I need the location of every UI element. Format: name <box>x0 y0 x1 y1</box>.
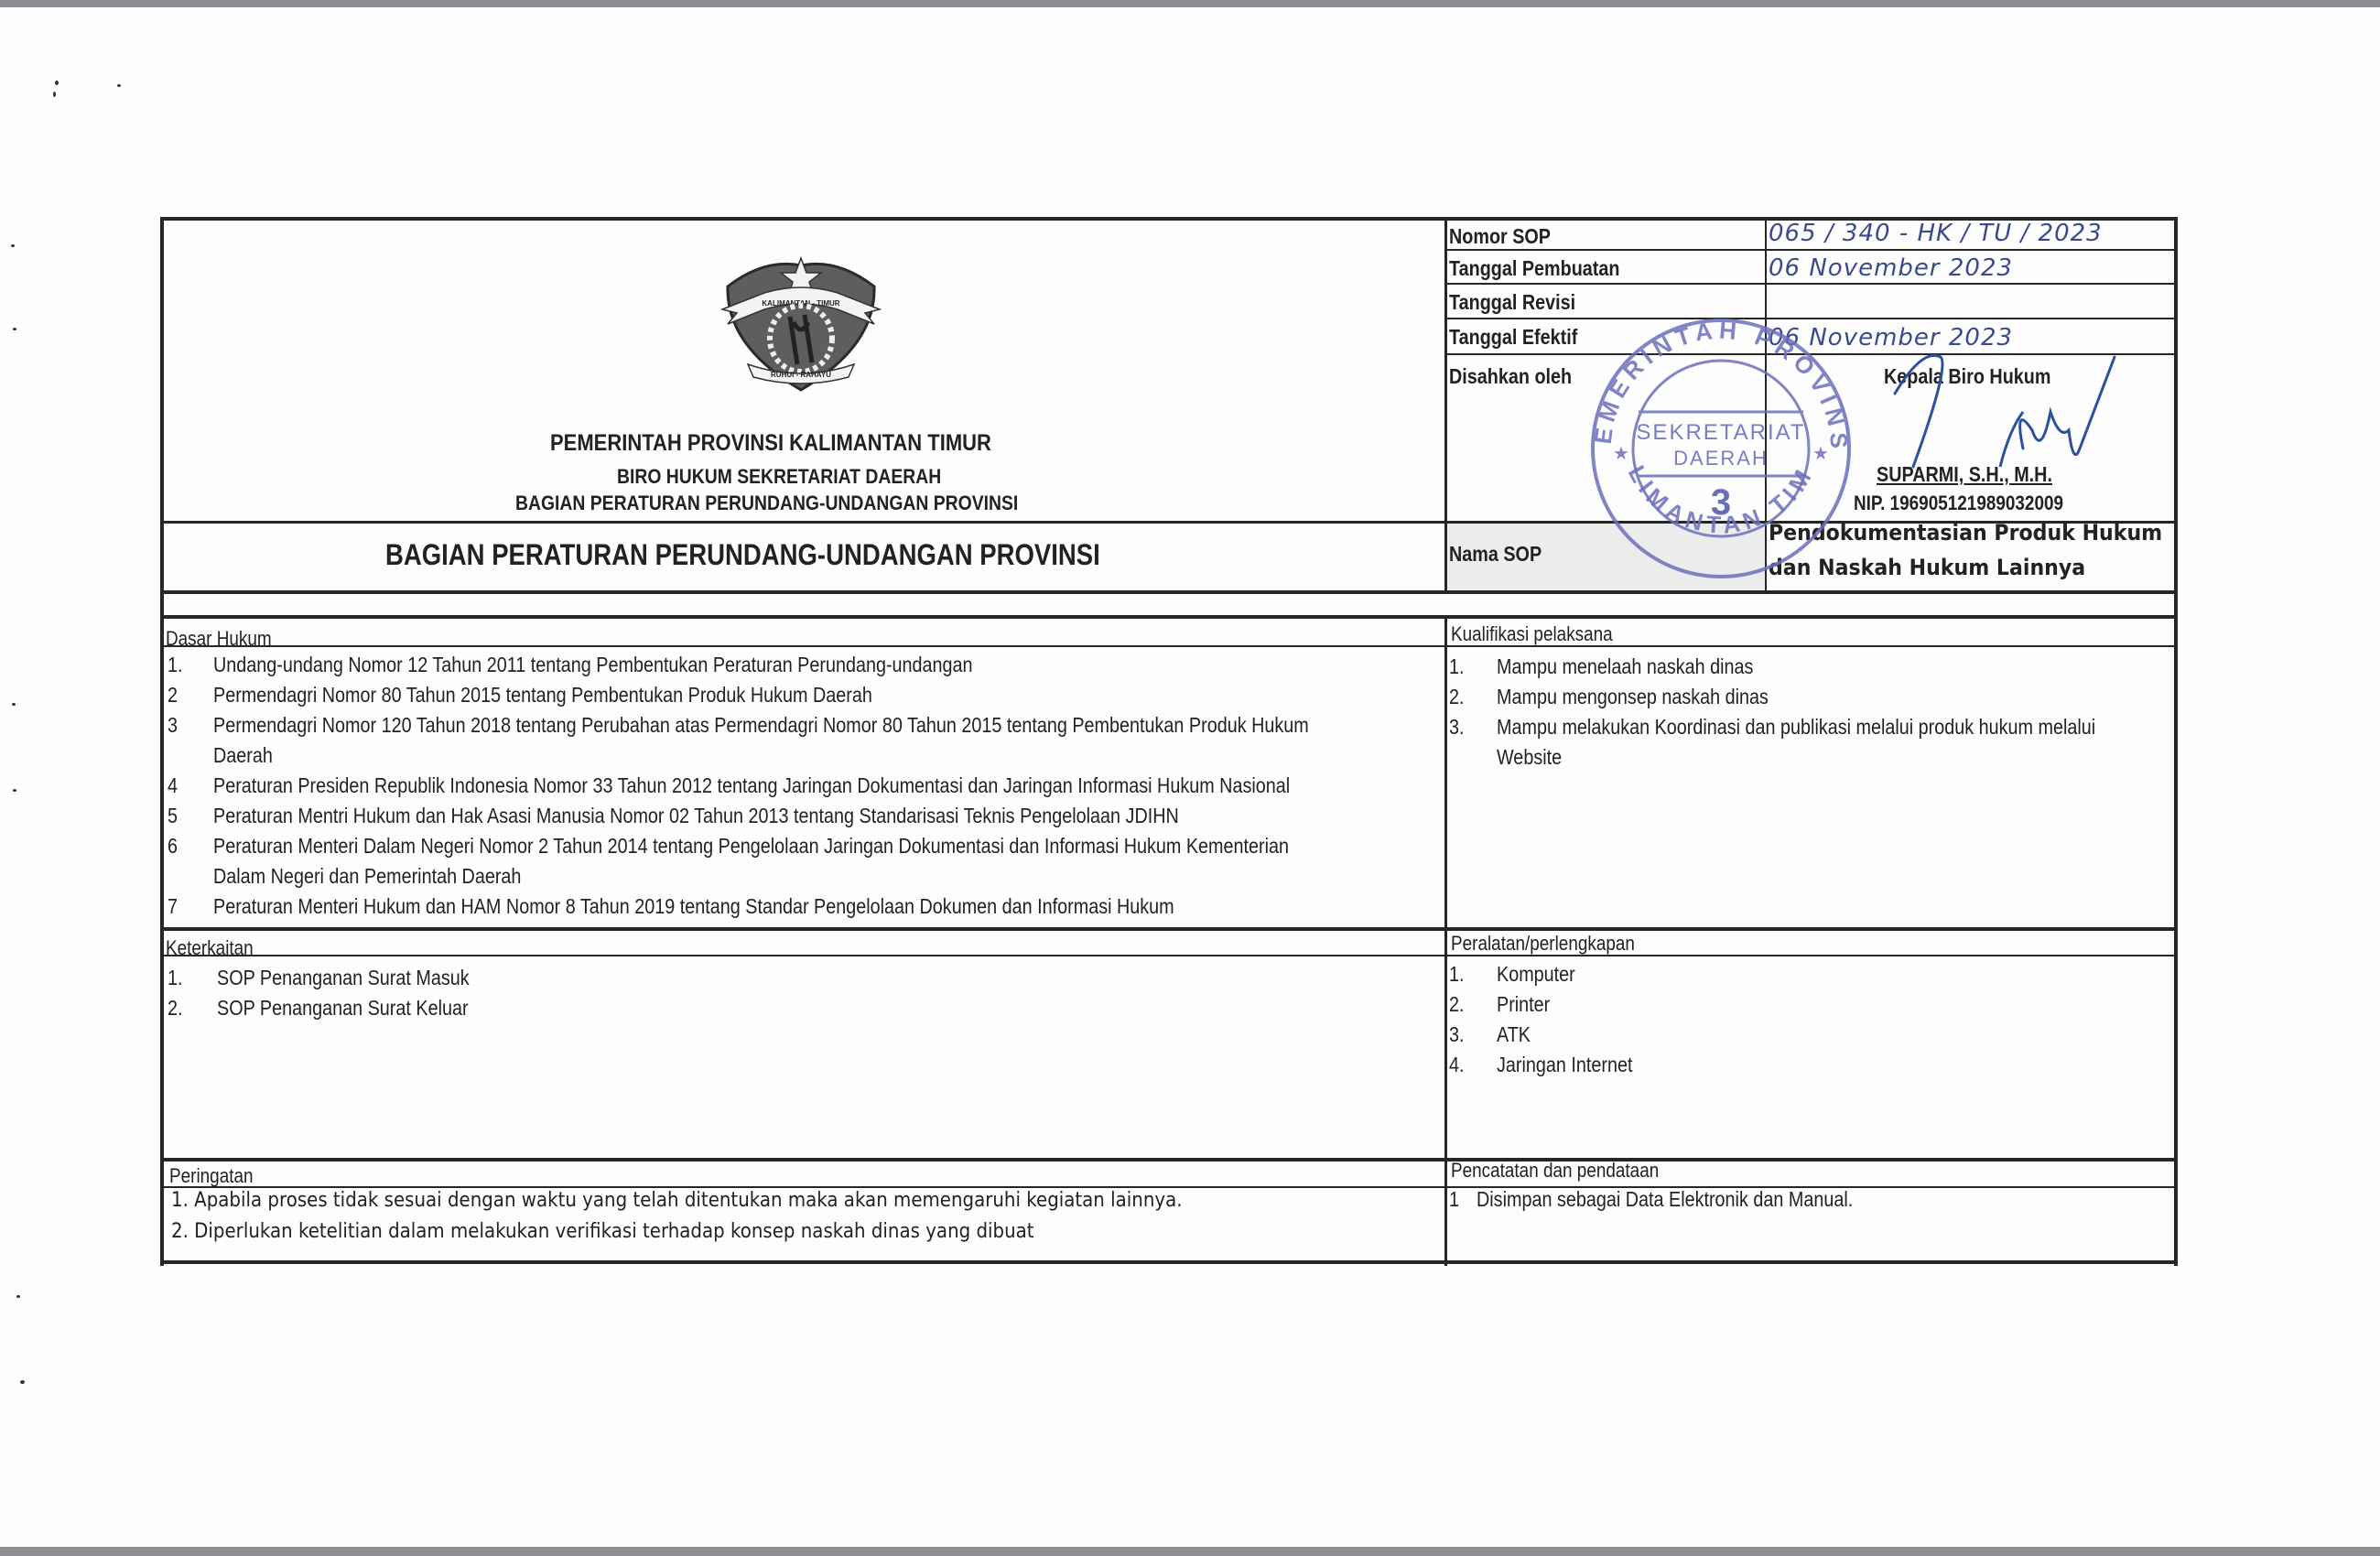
list-item: Website <box>1497 745 1562 770</box>
list-item: SOP Penanganan Surat Masuk <box>217 966 470 990</box>
scan-speck <box>13 789 16 792</box>
scan-speck <box>20 1380 25 1384</box>
scan-speck <box>11 244 15 247</box>
list-item: Undang-undang Nomor 12 Tahun 2011 tentan… <box>213 653 973 677</box>
svg-text:DAERAH: DAERAH <box>1673 447 1769 470</box>
svg-text:3: 3 <box>1711 482 1731 523</box>
list-item-number: 1. <box>1449 962 1465 987</box>
unit-title-text: BAGIAN PERATURAN PERUNDANG-UNDANGAN PROV… <box>385 538 1100 572</box>
list-item: Komputer <box>1497 962 1575 987</box>
scan-speck <box>55 81 59 85</box>
scan-speck <box>117 84 121 87</box>
org-name-line3: BAGIAN PERATURAN PERUNDANG-UNDANGAN PROV… <box>160 492 1442 515</box>
label-tanggal-revisi: Tanggal Revisi <box>1449 290 1575 315</box>
list-item: ATK <box>1497 1022 1531 1047</box>
row-divider <box>160 955 2178 956</box>
peringatan-item: 2. Diperlukan ketelitian dalam melakukan… <box>171 1220 1034 1243</box>
signature-icon <box>1840 330 2133 494</box>
list-item-number: 6 <box>168 834 178 859</box>
list-item: Mampu menelaah naskah dinas <box>1497 654 1753 679</box>
list-item: Jaringan Internet <box>1497 1053 1632 1077</box>
svg-text:SEKRETARIAT: SEKRETARIAT <box>1636 420 1805 445</box>
list-item-number: 5 <box>168 804 178 828</box>
section-title-dasar-hukum: Dasar Hukum <box>166 627 272 651</box>
row-divider <box>160 927 2178 931</box>
value-tanggal-pembuatan: 06 November 2023 <box>1769 254 2013 282</box>
value-nomor-sop: 065 / 340 - HK / TU / 2023 <box>1769 220 2103 247</box>
scan-speck <box>13 328 16 330</box>
scan-speck <box>16 1295 20 1298</box>
list-item: Printer <box>1497 992 1550 1017</box>
scan-speck <box>12 703 16 706</box>
row-divider <box>160 615 2178 619</box>
list-item: SOP Penanganan Surat Keluar <box>217 996 469 1021</box>
kalimantan-timur-crest-icon: KALIMANTAN - TIMUR RUHUI - RAHAYU <box>709 245 892 394</box>
org-name-line2-text: BIRO HUKUM SEKRETARIAT DAERAH <box>617 465 941 489</box>
list-item: Mampu melakukan Koordinasi dan publikasi… <box>1497 715 2095 740</box>
list-item: Permendagri Nomor 120 Tahun 2018 tentang… <box>213 713 1309 738</box>
list-item-number: 2. <box>1449 685 1465 709</box>
list-item: Peraturan Mentri Hukum dan Hak Asasi Man… <box>213 804 1179 828</box>
org-name-line2: BIRO HUKUM SEKRETARIAT DAERAH <box>160 465 1442 489</box>
row-divider <box>160 645 2178 647</box>
svg-text:★: ★ <box>1613 444 1629 464</box>
scan-speck <box>53 92 56 97</box>
list-item-number: 3 <box>168 713 178 738</box>
list-item-number: 4. <box>1449 1053 1465 1077</box>
official-stamp-icon: PEMERINTAH PROVINSI KALIMANTAN TIMUR SEK… <box>1574 302 1867 586</box>
table-border <box>160 217 164 1266</box>
label-nama-sop: Nama SOP <box>1449 542 1542 567</box>
section-title-kualifikasi: Kualifikasi pelaksana <box>1451 622 1613 646</box>
list-item: Peraturan Menteri Dalam Negeri Nomor 2 T… <box>213 834 1289 859</box>
svg-text:★: ★ <box>1812 444 1829 464</box>
table-border <box>2174 217 2178 1266</box>
list-item-number: 2. <box>1449 992 1465 1017</box>
list-item: Permendagri Nomor 80 Tahun 2015 tentang … <box>213 683 872 708</box>
approver-nip: NIP. 196905121989032009 <box>1854 492 2063 515</box>
scan-edge-top <box>0 0 2380 7</box>
list-item-number: 7 <box>168 894 178 919</box>
svg-text:RUHUI - RAHAYU: RUHUI - RAHAYU <box>771 371 831 379</box>
list-item-number: 1. <box>1449 654 1465 679</box>
list-item-number: 1 <box>1449 1187 1459 1212</box>
list-item-number: 1. <box>168 966 183 990</box>
list-item-number: 2. <box>168 996 183 1021</box>
list-item-number: 3. <box>1449 715 1465 740</box>
list-item: Peraturan Presiden Republik Indonesia No… <box>213 773 1290 798</box>
table-border <box>160 1260 2178 1264</box>
org-name-line1: PEMERINTAH PROVINSI KALIMANTAN TIMUR <box>160 430 1442 457</box>
org-name-line1-text: PEMERINTAH PROVINSI KALIMANTAN TIMUR <box>550 430 991 457</box>
section-title-keterkaitan: Keterkaitan <box>166 936 254 960</box>
scan-edge-bottom <box>0 1547 2380 1556</box>
list-item: Dalam Negeri dan Pemerintah Daerah <box>213 864 521 889</box>
label-tanggal-efektif: Tanggal Efektif <box>1449 325 1577 350</box>
section-title-peringatan: Peringatan <box>169 1164 254 1188</box>
unit-title: BAGIAN PERATURAN PERUNDANG-UNDANGAN PROV… <box>160 538 1442 572</box>
label-tanggal-pembuatan: Tanggal Pembuatan <box>1449 256 1619 281</box>
section-title-pencatatan: Pencatatan dan pendataan <box>1451 1159 1659 1183</box>
label-disahkan-oleh: Disahkan oleh <box>1449 364 1572 389</box>
row-divider <box>160 1186 2178 1188</box>
list-item: Daerah <box>213 743 273 768</box>
table-border <box>1444 618 1447 1266</box>
row-divider <box>1444 249 2177 251</box>
list-item: Mampu mengonsep naskah dinas <box>1497 685 1769 709</box>
row-divider <box>160 1158 2178 1162</box>
list-item: Peraturan Menteri Hukum dan HAM Nomor 8 … <box>213 894 1174 919</box>
list-item-number: 3. <box>1449 1022 1465 1047</box>
label-nomor-sop: Nomor SOP <box>1449 224 1551 249</box>
section-title-peralatan: Peralatan/perlengkapan <box>1451 932 1635 956</box>
org-name-line3-text: BAGIAN PERATURAN PERUNDANG-UNDANGAN PROV… <box>515 492 1018 515</box>
list-item-number: 1. <box>168 653 183 677</box>
peringatan-item: 1. Apabila proses tidak sesuai dengan wa… <box>171 1189 1183 1212</box>
list-item: Disimpan sebagai Data Elektronik dan Man… <box>1477 1187 1853 1212</box>
list-item-number: 4 <box>168 773 178 798</box>
row-divider <box>1444 283 2177 285</box>
row-divider <box>160 590 2178 594</box>
list-item-number: 2 <box>168 683 178 708</box>
